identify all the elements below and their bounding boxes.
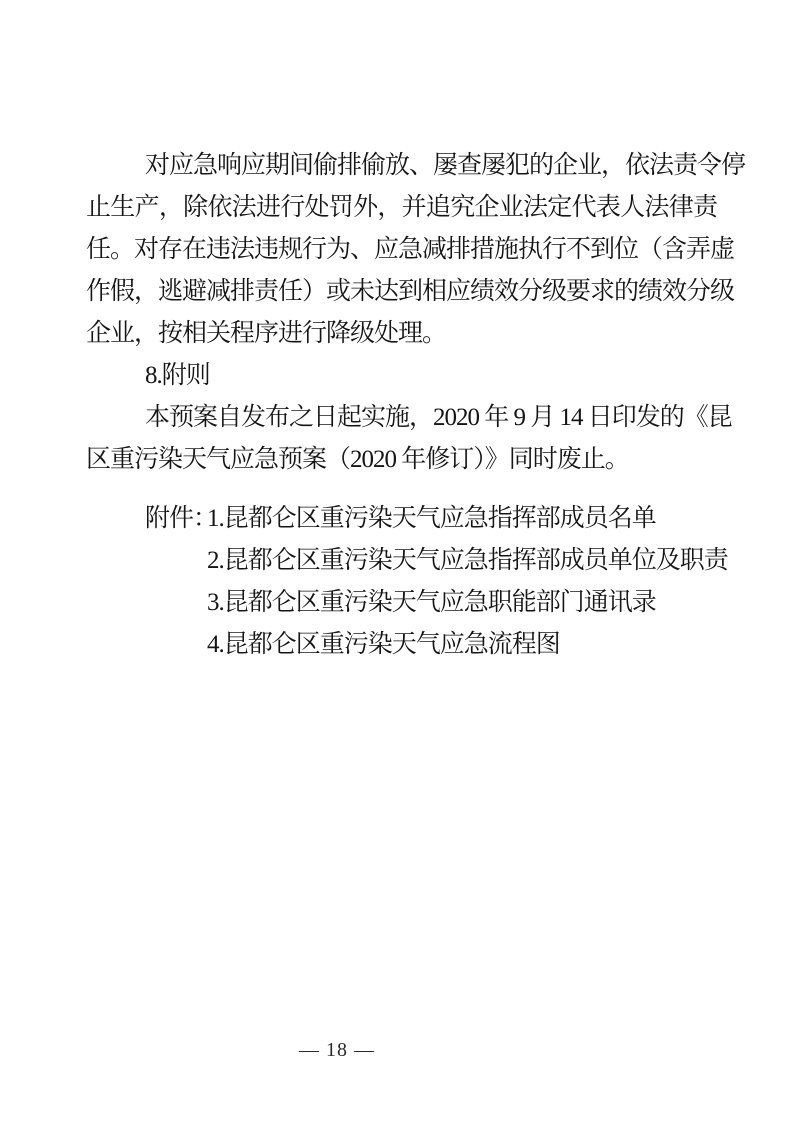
paragraph-2-line-1: 本预案自发布之日起实施，2020 年 9 月 14 日印发的《昆 xyxy=(86,397,717,439)
attachment-item-row: 4.昆都仑区重污染天气应急流程图 xyxy=(86,624,717,666)
document-body: 对应急响应期间偷排偷放、屡查屡犯的企业，依法责令停 止生产，除依法进行处罚外，并… xyxy=(86,145,717,666)
attachment-item-1: 1.昆都仑区重污染天气应急指挥部成员名单 xyxy=(207,505,656,532)
paragraph-1-line-5: 企业，按相关程序进行降级处理。 xyxy=(86,313,717,355)
attachment-item-3: 3.昆都仑区重污染天气应急职能部门通讯录 xyxy=(207,589,656,616)
page-number: — 18 — xyxy=(299,1039,375,1061)
document-page: 对应急响应期间偷排偷放、屡查屡犯的企业，依法责令停 止生产，除依法进行处罚外，并… xyxy=(0,0,793,1122)
attachments-label: 附件： xyxy=(145,498,207,540)
section-heading: 8.附则 xyxy=(86,355,717,397)
page-footer: — 18 — xyxy=(0,1036,674,1064)
paragraph-1-line-1: 对应急响应期间偷排偷放、屡查屡犯的企业，依法责令停 xyxy=(86,145,717,187)
attachment-item-row: 3.昆都仑区重污染天气应急职能部门通讯录 xyxy=(86,582,717,624)
paragraph-1-line-3: 任。对存在违法违规行为、应急减排措施执行不到位（含弄虚 xyxy=(86,229,717,271)
paragraph-1-line-4: 作假，逃避减排责任）或未达到相应绩效分级要求的绩效分级 xyxy=(86,271,717,313)
paragraph-1-line-2: 止生产，除依法进行处罚外，并追究企业法定代表人法律责 xyxy=(86,187,717,229)
paragraph-2-line-2: 区重污染天气应急预案（2020 年修订）》同时废止。 xyxy=(86,439,717,481)
attachment-item-2: 2.昆都仑区重污染天气应急指挥部成员单位及职责 xyxy=(207,547,728,574)
attachment-item-row: 2.昆都仑区重污染天气应急指挥部成员单位及职责 xyxy=(86,540,717,582)
attachments-block: 附件：1.昆都仑区重污染天气应急指挥部成员名单 2.昆都仑区重污染天气应急指挥部… xyxy=(86,498,717,666)
attachment-item-4: 4.昆都仑区重污染天气应急流程图 xyxy=(207,631,560,658)
attachment-item-row: 附件：1.昆都仑区重污染天气应急指挥部成员名单 xyxy=(86,498,717,540)
